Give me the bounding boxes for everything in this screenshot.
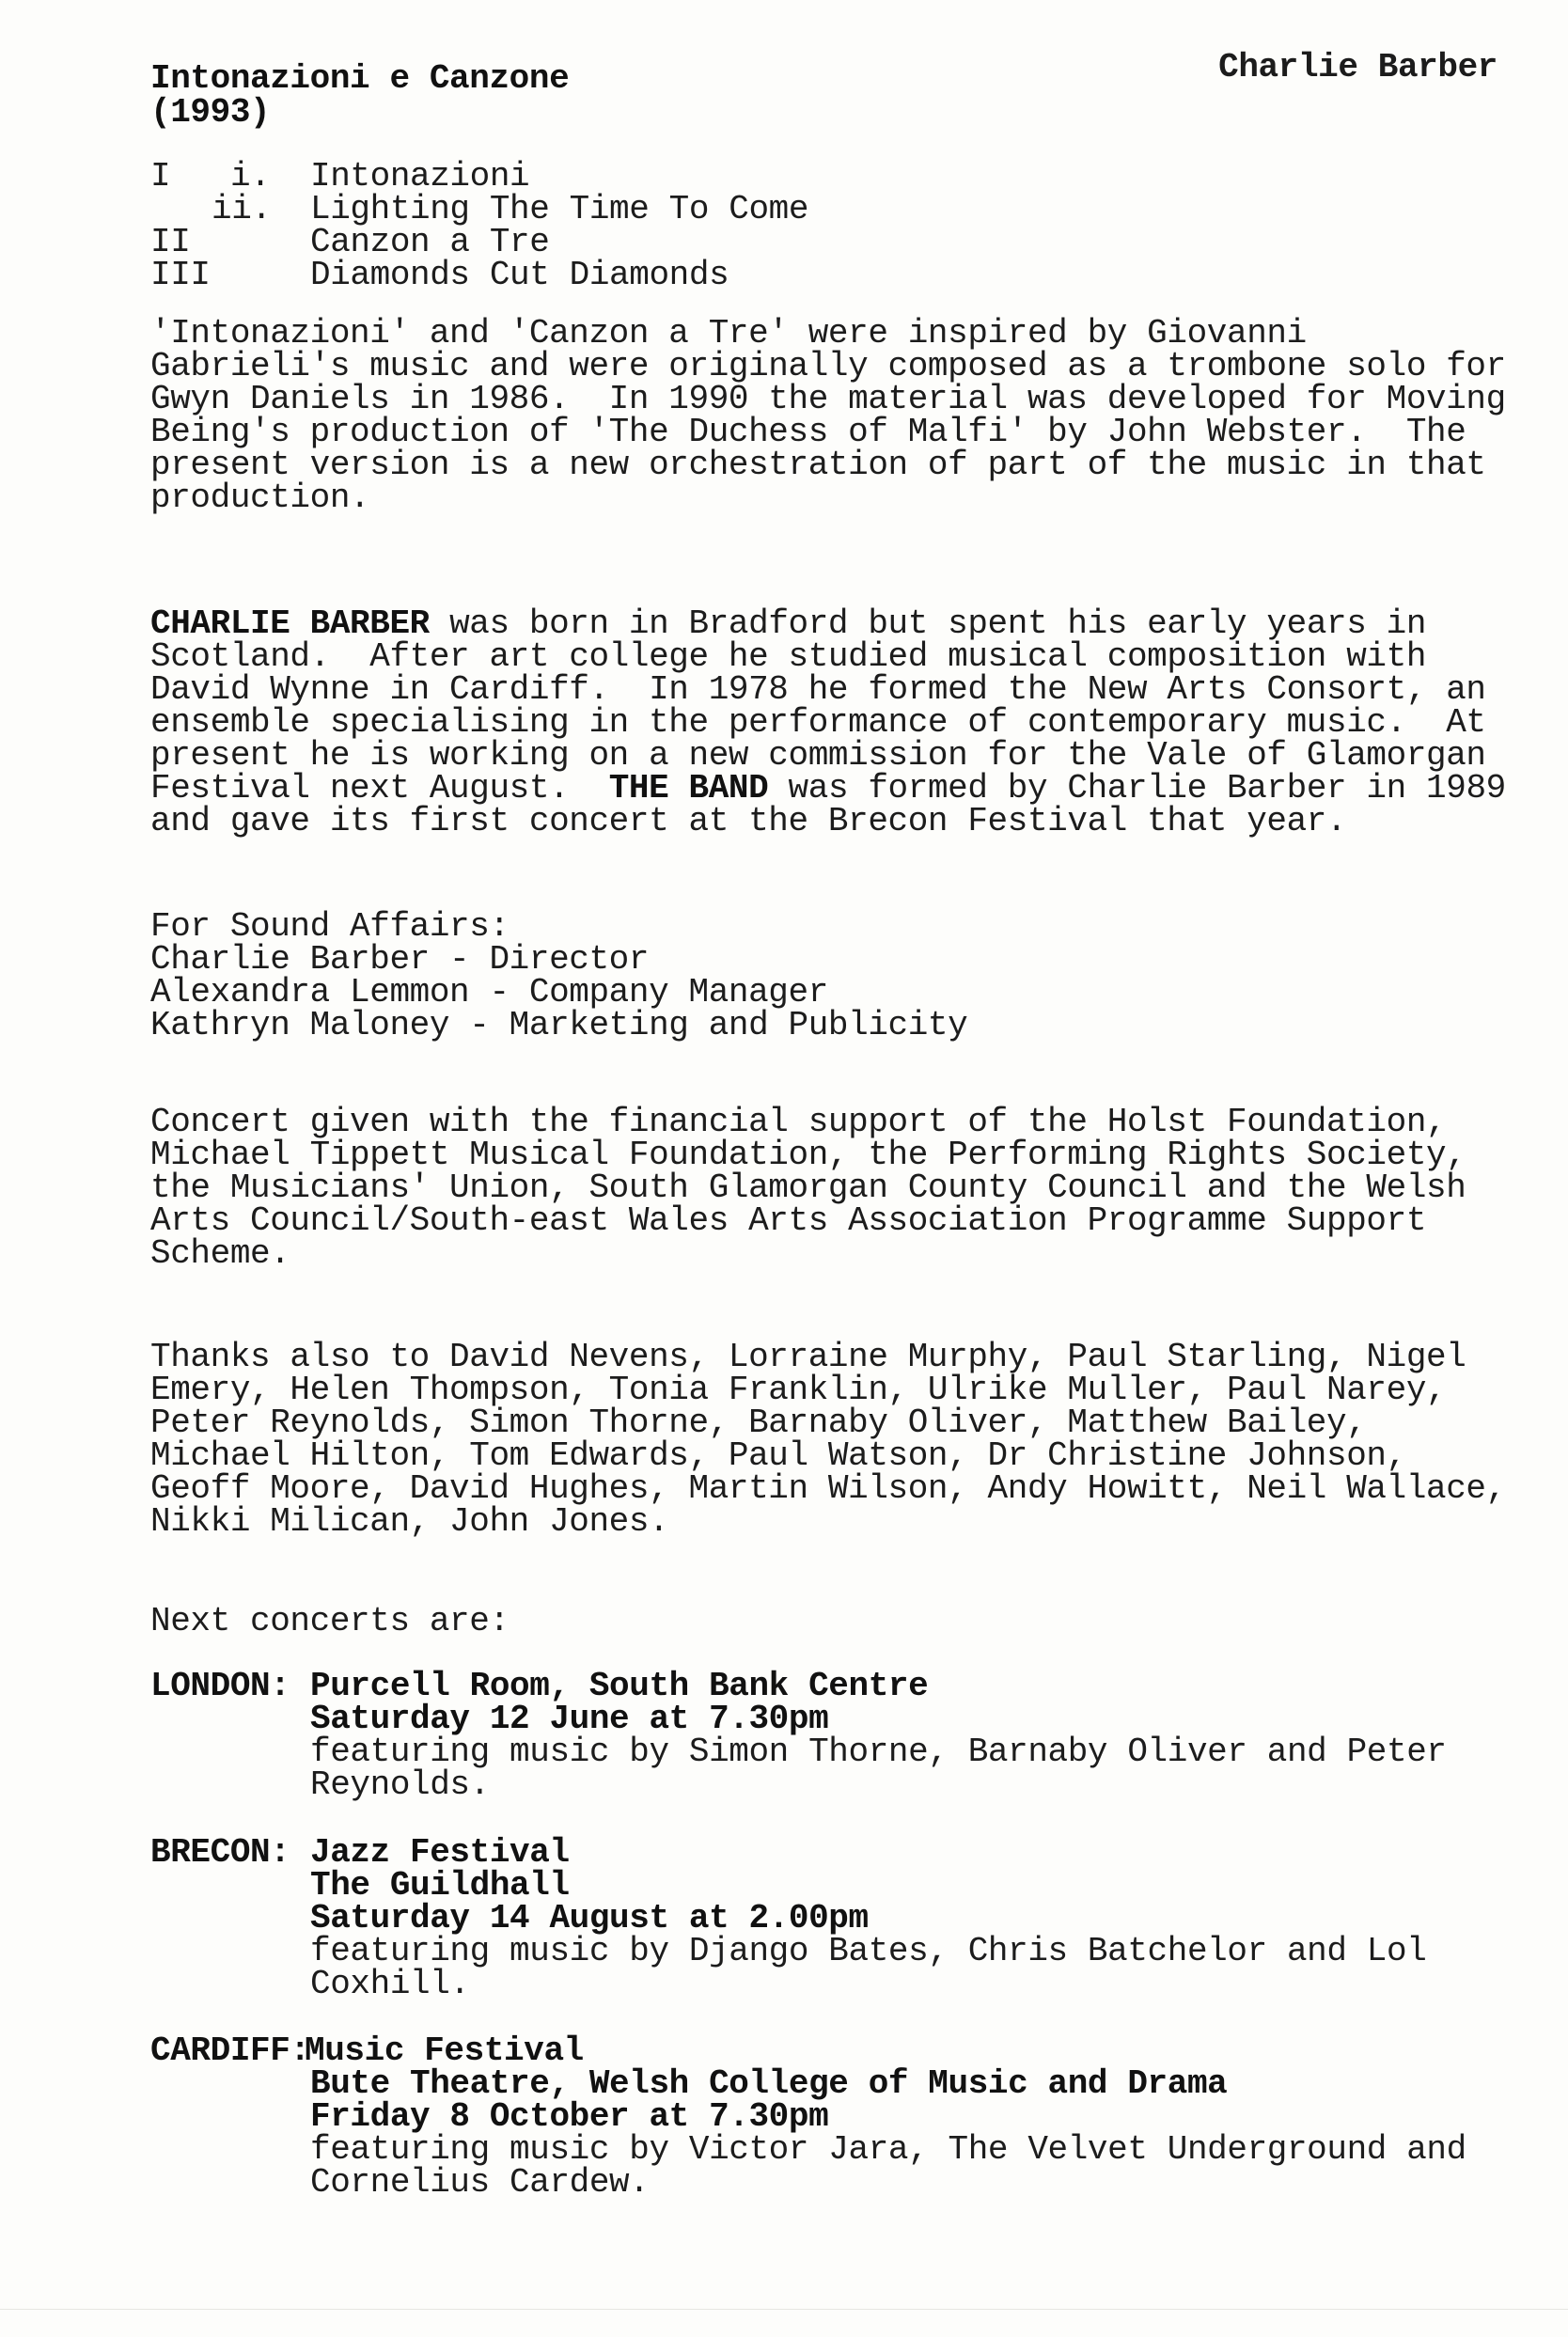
note-line: Gabrieli's music and were originally com… (150, 350, 1506, 384)
movement-sub: i. (230, 160, 270, 194)
concert-datetime: Saturday 12 June at 7.30pm (310, 1702, 828, 1736)
thanks-line: Nikki Milican, John Jones. (150, 1505, 668, 1539)
movement-title: Diamonds Cut Diamonds (310, 259, 729, 292)
concert-featuring: featuring music by Victor Jara, The Velv… (310, 2133, 1466, 2167)
concert-featuring: Reynolds. (310, 1768, 490, 1802)
movement-number: I (150, 160, 170, 194)
piece-title: Intonazioni e Canzone (150, 62, 569, 96)
bio-line: present he is working on a new commissio… (150, 739, 1486, 773)
concert-featuring: Cornelius Cardew. (310, 2166, 649, 2200)
bio-line: and gave its first concert at the Brecon… (150, 805, 1346, 839)
note-line: Being's production of 'The Duchess of Ma… (150, 416, 1466, 449)
thanks-line: Thanks also to David Nevens, Lorraine Mu… (150, 1341, 1466, 1374)
thanks-line: Michael Hilton, Tom Edwards, Paul Watson… (150, 1439, 1406, 1473)
movement-title: Canzon a Tre (310, 226, 549, 259)
bio-line: ensemble specialising in the performance… (150, 706, 1486, 740)
movement-number: II (150, 226, 190, 259)
concert-city: CARDIFF: (150, 2034, 310, 2068)
concert-venue: Bute Theatre, Welsh College of Music and… (310, 2067, 1227, 2101)
next-concerts-heading: Next concerts are: (150, 1605, 510, 1639)
thanks-line: Emery, Helen Thompson, Tonia Franklin, U… (150, 1373, 1446, 1407)
movement-title: Intonazioni (310, 160, 529, 194)
concert-datetime: Friday 8 October at 7.30pm (310, 2100, 828, 2134)
movement-number: III (150, 259, 211, 292)
movement-title: Lighting The Time To Come (310, 193, 808, 227)
concert-city: LONDON: (150, 1670, 290, 1703)
concert-featuring: Coxhill. (310, 1968, 470, 2001)
support-line: Arts Council/South-east Wales Arts Assoc… (150, 1204, 1426, 1238)
concert-venue: Jazz Festival (310, 1836, 570, 1870)
staff-line: Alexandra Lemmon - Company Manager (150, 976, 828, 1010)
concert-featuring: featuring music by Django Bates, Chris B… (310, 1935, 1426, 1968)
support-line: Concert given with the financial support… (150, 1106, 1446, 1139)
page-edge-divider (0, 2309, 1568, 2310)
support-line: Michael Tippett Musical Foundation, the … (150, 1138, 1466, 1172)
concert-featuring: featuring music by Simon Thorne, Barnaby… (310, 1735, 1447, 1769)
credits-heading: For Sound Affairs: (150, 910, 510, 944)
bio-line: CHARLIE BARBER was born in Bradford but … (150, 607, 1426, 641)
concert-venue: Music Festival (305, 2034, 584, 2068)
support-line: Scheme. (150, 1237, 290, 1271)
note-line: production. (150, 481, 369, 515)
composer-name: Charlie Barber (1218, 51, 1497, 85)
note-line: Gwyn Daniels in 1986. In 1990 the materi… (150, 383, 1506, 416)
thanks-line: Peter Reynolds, Simon Thorne, Barnaby Ol… (150, 1406, 1366, 1440)
support-line: the Musicians' Union, South Glamorgan Co… (150, 1171, 1466, 1205)
note-line: 'Intonazioni' and 'Canzon a Tre' were in… (150, 317, 1307, 351)
movement-sub: ii. (212, 193, 272, 227)
staff-line: Charlie Barber - Director (150, 943, 649, 977)
concert-datetime: Saturday 14 August at 2.00pm (310, 1902, 869, 1936)
concert-city: BRECON: (150, 1836, 290, 1870)
concert-venue: The Guildhall (310, 1869, 570, 1903)
piece-year: (1993) (150, 96, 270, 130)
programme-page: Intonazioni e Canzone (1993) Charlie Bar… (0, 0, 1568, 2337)
staff-line: Kathryn Maloney - Marketing and Publicit… (150, 1009, 967, 1043)
bio-line: Festival next August. THE BAND was forme… (150, 772, 1506, 806)
concert-venue: Purcell Room, South Bank Centre (310, 1670, 928, 1703)
bio-line: Scotland. After art college he studied m… (150, 640, 1426, 674)
note-line: present version is a new orchestration o… (150, 448, 1486, 482)
bio-line: David Wynne in Cardiff. In 1978 he forme… (150, 673, 1486, 707)
thanks-line: Geoff Moore, David Hughes, Martin Wilson… (150, 1472, 1506, 1506)
